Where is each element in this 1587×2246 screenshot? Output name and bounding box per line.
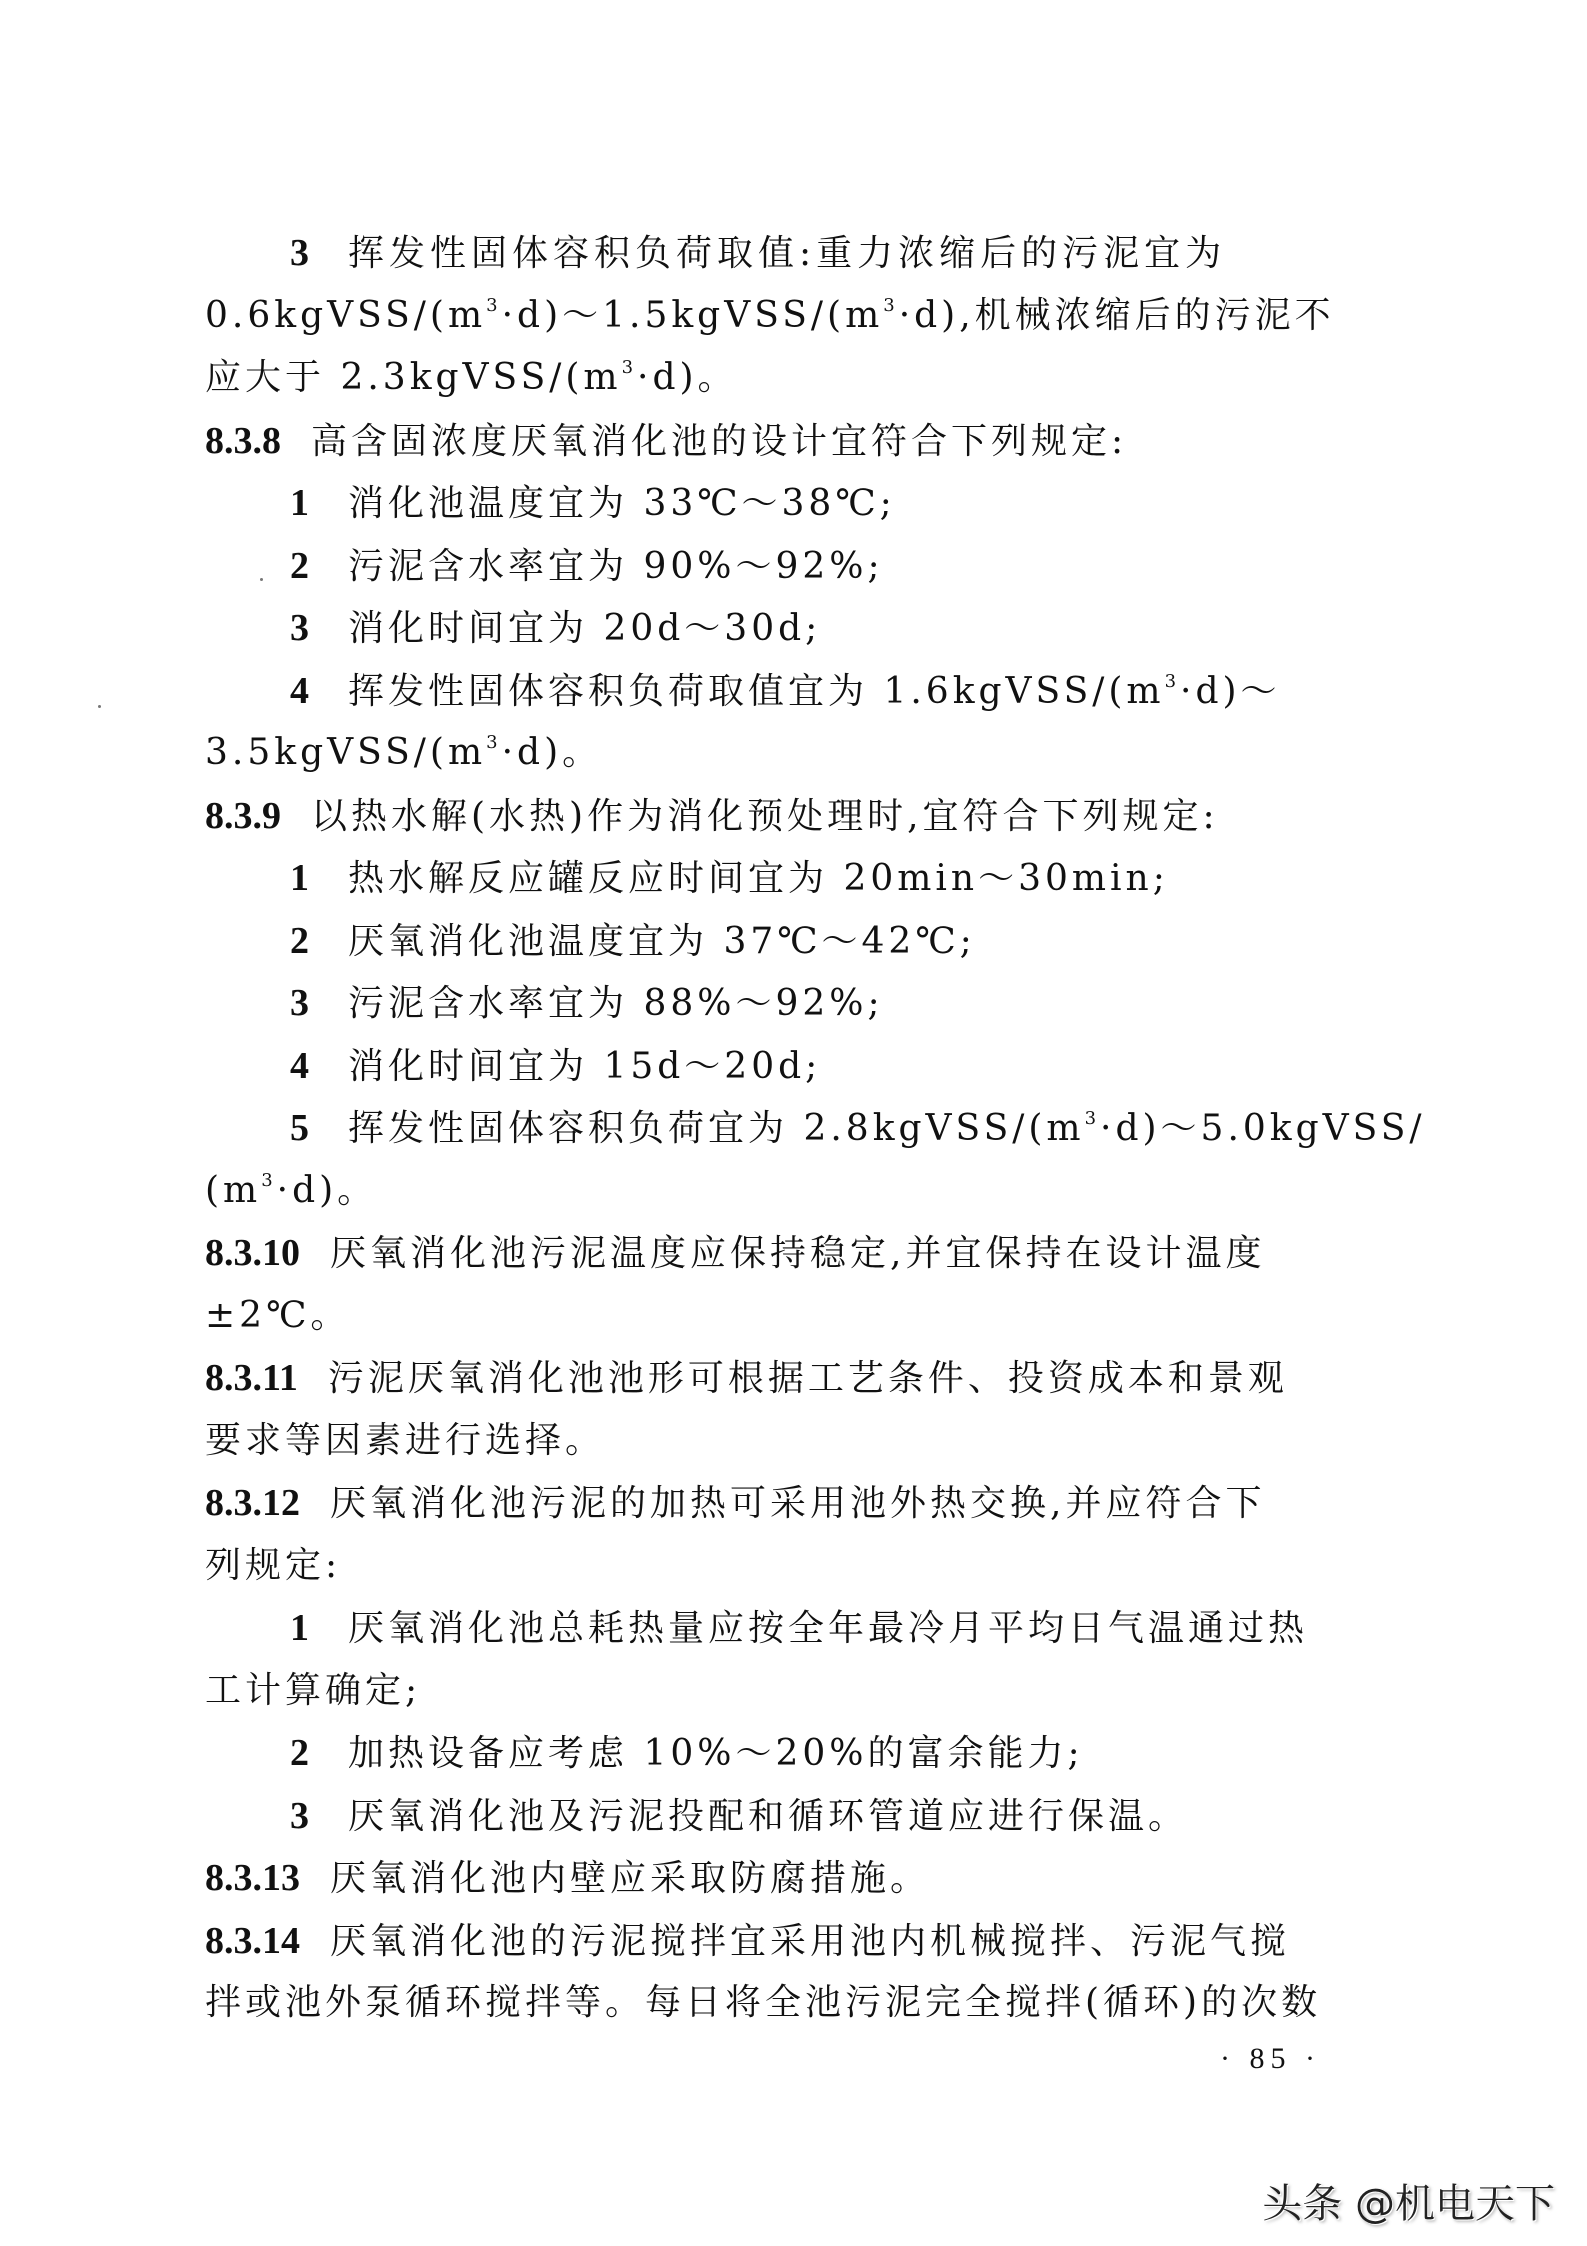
superscript: 3 [486, 732, 501, 753]
section-text: 厌氧消化池污泥温度应保持稳定,并宜保持在设计温度 [330, 1233, 1265, 1274]
item-text: 污泥含水率宜为 90%～92%; [348, 546, 884, 587]
item-number: 2 [290, 919, 348, 963]
item-text: 厌氧消化池总耗热量应按全年最冷月平均日气温通过热 [348, 1608, 1308, 1649]
list-item: 1消化池温度宜为 33℃～38℃; [290, 481, 1357, 525]
item-text: 消化池温度宜为 33℃～38℃; [348, 483, 896, 524]
item-number: 3 [290, 981, 348, 1025]
section-number: 8.3.14 [205, 1920, 300, 1962]
continuation-line: 0.6kgVSS/(m3·d)～1.5kgVSS/(m3·d),机械浓缩后的污泥… [205, 294, 1357, 338]
item-text: 厌氧消化池及污泥投配和循环管道应进行保温。 [348, 1796, 1188, 1837]
list-item: 4挥发性固体容积负荷取值宜为 1.6kgVSS/(m3·d)～ [290, 669, 1357, 713]
list-item: 1热水解反应罐反应时间宜为 20min～30min; [290, 856, 1357, 900]
text-fragment: ·d)～ [1180, 671, 1281, 712]
list-item: 1厌氧消化池总耗热量应按全年最冷月平均日气温通过热 [290, 1606, 1357, 1650]
section-text: 高含固浓度厌氧消化池的设计宜符合下列规定: [311, 421, 1127, 462]
text-fragment: ·d)。 [637, 357, 738, 398]
continuation-line: 拌或池外泵循环搅拌等。每日将全池污泥完全搅拌(循环)的次数 [205, 1981, 1357, 2025]
section-heading: 8.3.10厌氧消化池污泥温度应保持稳定,并宜保持在设计温度 [205, 1231, 1357, 1275]
text-fragment: ·d),机械浓缩后的污泥不 [899, 295, 1335, 336]
section-heading: 8.3.8高含固浓度厌氧消化池的设计宜符合下列规定: [205, 419, 1357, 463]
item-number: 4 [290, 1044, 348, 1088]
item-text: 消化时间宜为 15d～20d; [348, 1046, 821, 1087]
text-fragment: 0.6kgVSS/(m [205, 295, 486, 336]
watermark: 头条 @机电天下 [1262, 2172, 1555, 2229]
item-text: 污泥含水率宜为 88%～92%; [348, 983, 884, 1024]
list-item: 2加热设备应考虑 10%～20%的富余能力; [290, 1731, 1357, 1775]
section-heading: 8.3.12厌氧消化池污泥的加热可采用池外热交换,并应符合下 [205, 1481, 1357, 1525]
continuation-line: ±2℃。 [205, 1294, 1357, 1338]
list-item: 3污泥含水率宜为 88%～92%; [290, 981, 1357, 1025]
item-text: 厌氧消化池温度宜为 37℃～42℃; [348, 921, 976, 962]
section-text: 以热水解(水热)作为消化预处理时,宜符合下列规定: [311, 796, 1219, 837]
text-fragment: 应大于 2.3kgVSS/(m [205, 357, 622, 398]
item-number: 3 [290, 231, 348, 275]
section-heading: 8.3.13厌氧消化池内壁应采取防腐措施。 [205, 1856, 1357, 1900]
list-item: 5挥发性固体容积负荷宜为 2.8kgVSS/(m3·d)～5.0kgVSS/ [290, 1106, 1357, 1150]
continuation-line: 列规定: [205, 1544, 1357, 1588]
continuation-line: 应大于 2.3kgVSS/(m3·d)。 [205, 356, 1357, 400]
text-fragment: 工计算确定; [205, 1670, 421, 1711]
page-number: · 85 · [1220, 2042, 1321, 2076]
text-fragment: (m [205, 1170, 261, 1211]
text-fragment: ·d)。 [277, 1170, 378, 1211]
item-text: 热水解反应罐反应时间宜为 20min～30min; [348, 858, 1169, 899]
section-number: 8.3.9 [205, 795, 281, 837]
scan-speck [260, 578, 263, 581]
section-text: 厌氧消化池的污泥搅拌宜采用池内机械搅拌、污泥气搅 [330, 1921, 1290, 1962]
superscript: 3 [1085, 1108, 1100, 1129]
section-text: 污泥厌氧消化池池形可根据工艺条件、投资成本和景观 [328, 1358, 1288, 1399]
continuation-line: (m3·d)。 [205, 1169, 1357, 1213]
section-number: 8.3.11 [205, 1357, 298, 1399]
section-number: 8.3.13 [205, 1857, 300, 1899]
section-text: 厌氧消化池内壁应采取防腐措施。 [330, 1858, 930, 1899]
scan-speck [98, 705, 101, 708]
item-number: 4 [290, 669, 348, 713]
section-heading: 8.3.14厌氧消化池的污泥搅拌宜采用池内机械搅拌、污泥气搅 [205, 1919, 1357, 1963]
section-number: 8.3.8 [205, 420, 281, 462]
item-number: 2 [290, 1731, 348, 1775]
list-item: 3厌氧消化池及污泥投配和循环管道应进行保温。 [290, 1794, 1357, 1838]
superscript: 3 [1165, 671, 1180, 692]
item-number: 2 [290, 544, 348, 588]
section-heading: 8.3.9以热水解(水热)作为消化预处理时,宜符合下列规定: [205, 794, 1357, 838]
continuation-line: 要求等因素进行选择。 [205, 1419, 1357, 1463]
item-number: 3 [290, 606, 348, 650]
text-fragment: 挥发性固体容积负荷取值宜为 1.6kgVSS/(m [348, 671, 1165, 712]
item-number: 3 [290, 1794, 348, 1838]
continuation-line: 工计算确定; [205, 1669, 1357, 1713]
item-number: 5 [290, 1106, 348, 1150]
text-fragment: ·d)。 [502, 732, 603, 773]
section-text: 厌氧消化池污泥的加热可采用池外热交换,并应符合下 [330, 1483, 1265, 1524]
item-text: 挥发性固体容积负荷取值:重力浓缩后的污泥宜为 [348, 233, 1226, 274]
item-text: 消化时间宜为 20d～30d; [348, 608, 821, 649]
superscript: 3 [261, 1170, 276, 1191]
text-fragment: 挥发性固体容积负荷宜为 2.8kgVSS/(m [348, 1108, 1085, 1149]
item-number: 1 [290, 856, 348, 900]
item-number: 1 [290, 1606, 348, 1650]
list-item: 2污泥含水率宜为 90%～92%; [290, 544, 1357, 588]
list-item: 2厌氧消化池温度宜为 37℃～42℃; [290, 919, 1357, 963]
text-fragment: 3.5kgVSS/(m [205, 732, 486, 773]
list-item: 4消化时间宜为 15d～20d; [290, 1044, 1357, 1088]
item-text: 加热设备应考虑 10%～20%的富余能力; [348, 1733, 1084, 1774]
continuation-line: 3.5kgVSS/(m3·d)。 [205, 731, 1357, 775]
text-fragment: 要求等因素进行选择。 [205, 1420, 605, 1461]
text-fragment: ±2℃。 [205, 1295, 350, 1336]
text-fragment: ·d)～5.0kgVSS/ [1100, 1108, 1425, 1149]
section-number: 8.3.10 [205, 1232, 300, 1274]
item-number: 1 [290, 481, 348, 525]
section-number: 8.3.12 [205, 1482, 300, 1524]
superscript: 3 [883, 295, 898, 316]
section-heading: 8.3.11污泥厌氧消化池池形可根据工艺条件、投资成本和景观 [205, 1356, 1357, 1400]
text-fragment: ·d)～1.5kgVSS/(m [502, 295, 884, 336]
superscript: 3 [622, 357, 637, 378]
text-fragment: 拌或池外泵循环搅拌等。每日将全池污泥完全搅拌(循环)的次数 [205, 1982, 1321, 2023]
superscript: 3 [486, 295, 501, 316]
text-fragment: 列规定: [205, 1545, 341, 1586]
list-item: 3挥发性固体容积负荷取值:重力浓缩后的污泥宜为 [290, 231, 1357, 275]
list-item: 3消化时间宜为 20d～30d; [290, 606, 1357, 650]
document-page: 3挥发性固体容积负荷取值:重力浓缩后的污泥宜为 0.6kgVSS/(m3·d)～… [0, 0, 1587, 2246]
